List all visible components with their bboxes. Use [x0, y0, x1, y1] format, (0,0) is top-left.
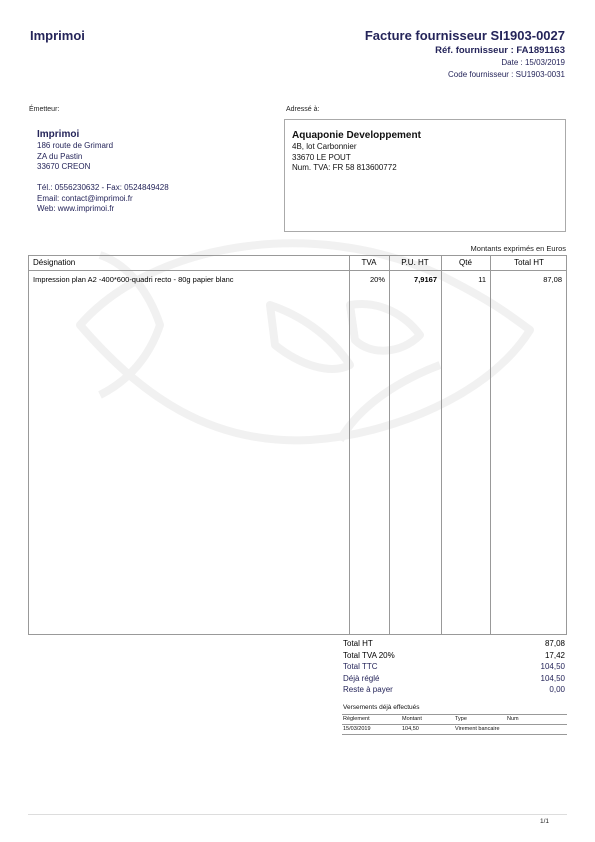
- supplier-code: Code fournisseur : SU1903-0031: [365, 69, 565, 81]
- recipient-block: Aquaponie Developpement 4B, lot Carbonni…: [284, 119, 566, 232]
- payment-date: 15/03/2019: [343, 725, 371, 734]
- column-divider: [349, 256, 350, 634]
- payments-header: Règlement Montant Type Num: [342, 714, 567, 725]
- column-header-designation: Désignation: [33, 256, 75, 270]
- total-label: Total HT: [343, 638, 373, 650]
- table-header: Désignation TVA P.U. HT Qté Total HT: [29, 256, 566, 271]
- emitter-address-line: ZA du Pastin: [37, 152, 169, 163]
- line-unit-price: 7,9167: [414, 273, 437, 287]
- line-designation: Impression plan A2 -400*600-quadri recto…: [33, 273, 234, 287]
- emitter-phone-fax: Tél.: 0556230632 - Fax: 0524849428: [37, 183, 169, 194]
- line-quantity: 11: [478, 273, 486, 287]
- totals-block: Total HT 87,08 Total TVA 20% 17,42 Total…: [343, 638, 565, 696]
- currency-note: Montants exprimés en Euros: [471, 244, 566, 253]
- footer-divider: [28, 814, 567, 815]
- total-ttc-row: Total TTC 104,50: [343, 661, 565, 673]
- invoice-title: Facture fournisseur SI1903-0027: [365, 28, 565, 44]
- column-divider: [441, 256, 442, 634]
- emitter-label: Émetteur:: [29, 106, 59, 113]
- emitter-block: Imprimoi 186 route de Grimard ZA du Past…: [29, 119, 277, 232]
- line-total-ht: 87,08: [543, 273, 562, 287]
- supplier-reference: Réf. fournisseur : FA1891163: [365, 44, 565, 57]
- total-ht-row: Total HT 87,08: [343, 638, 565, 650]
- total-value: 87,08: [545, 638, 565, 650]
- payments-table: Règlement Montant Type Num 15/03/2019 10…: [342, 714, 567, 735]
- recipient-name: Aquaponie Developpement: [292, 129, 421, 142]
- remaining-to-pay-row: Reste à payer 0,00: [343, 684, 565, 696]
- column-header-tva: TVA: [349, 256, 389, 270]
- payments-col-num: Num: [507, 715, 519, 724]
- recipient-vat-number: Num. TVA: FR 58 813600772: [292, 163, 421, 174]
- payments-title: Versements déjà effectués: [343, 704, 419, 711]
- payment-row: 15/03/2019 104,50 Virement bancaire: [342, 725, 567, 735]
- total-value: 0,00: [549, 684, 565, 696]
- emitter-website: Web: www.imprimoi.fr: [37, 204, 169, 215]
- total-value: 104,50: [541, 673, 565, 685]
- emitter-email: Email: contact@imprimoi.fr: [37, 194, 169, 205]
- invoice-lines-table: Désignation TVA P.U. HT Qté Total HT Imp…: [28, 255, 567, 635]
- payments-col-amount: Montant: [402, 715, 422, 724]
- payment-amount: 104,50: [402, 725, 419, 734]
- total-label: Déjà réglé: [343, 673, 379, 685]
- column-header-total-ht: Total HT: [490, 256, 568, 270]
- invoice-date: Date : 15/03/2019: [365, 57, 565, 69]
- total-tva-row: Total TVA 20% 17,42: [343, 650, 565, 662]
- payments-col-type: Type: [455, 715, 467, 724]
- page-number: 1/1: [540, 818, 549, 825]
- column-header-quantity: Qté: [441, 256, 490, 270]
- table-row: Impression plan A2 -400*600-quadri recto…: [29, 273, 566, 287]
- recipient-address-line: 4B, lot Carbonnier: [292, 142, 421, 153]
- line-tva: 20%: [370, 273, 385, 287]
- already-paid-row: Déjà réglé 104,50: [343, 673, 565, 685]
- total-label: Total TVA 20%: [343, 650, 395, 662]
- company-name: Imprimoi: [30, 28, 85, 43]
- recipient-label: Adressé à:: [286, 106, 319, 113]
- recipient-address-line: 33670 LE POUT: [292, 153, 421, 164]
- emitter-address-line: 33670 CREON: [37, 162, 169, 173]
- total-value: 17,42: [545, 650, 565, 662]
- total-label: Total TTC: [343, 661, 378, 673]
- column-divider: [490, 256, 491, 634]
- payments-col-date: Règlement: [343, 715, 370, 724]
- emitter-address-line: 186 route de Grimard: [37, 141, 169, 152]
- payment-type: Virement bancaire: [455, 725, 500, 734]
- total-value: 104,50: [541, 661, 565, 673]
- column-header-unit-price: P.U. HT: [389, 256, 441, 270]
- emitter-name: Imprimoi: [37, 128, 169, 141]
- total-label: Reste à payer: [343, 684, 393, 696]
- invoice-header: Facture fournisseur SI1903-0027 Réf. fou…: [365, 28, 565, 81]
- column-divider: [389, 256, 390, 634]
